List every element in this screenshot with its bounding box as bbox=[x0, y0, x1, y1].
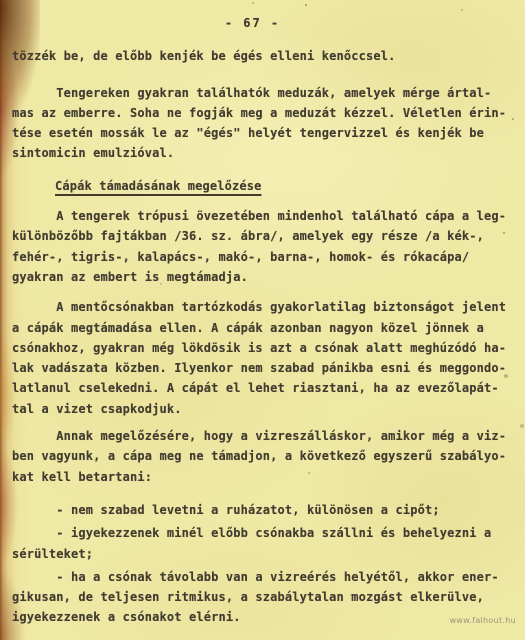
paragraph-shark-species: A tengerek trópusi övezetében mindenhol … bbox=[12, 206, 517, 287]
paragraph-burn-ointment-continuation: tözzék be, de előbb kenjék be égés ellen… bbox=[12, 46, 517, 66]
paragraph-lifeboat-safety: A mentőcsónakban tartózkodás gyakorlatil… bbox=[12, 297, 517, 419]
page-number: - 67 - bbox=[12, 13, 517, 33]
rule-item-swim-rhythmically: - ha a csónak távolabb van a vizreérés h… bbox=[12, 567, 517, 628]
rule-item-keep-clothing: - nem szabad levetni a ruházatot, különö… bbox=[12, 500, 517, 520]
scan-specks bbox=[0, 0, 2, 2]
document-page: - 67 - tözzék be, de előbb kenjék be égé… bbox=[0, 0, 525, 640]
watermark: www.falhout.hu bbox=[450, 616, 516, 625]
rule-item-board-boat: - igyekezzenek minél előbb csónakba szál… bbox=[12, 523, 517, 564]
page-content: - 67 - tözzék be, de előbb kenjék be égé… bbox=[12, 0, 517, 640]
section-heading-shark-attack-prevention: Cápák támadásának megelőzése bbox=[55, 176, 517, 196]
paragraph-water-landing-rules-intro: Annak megelőzésére, hogy a vizreszállásk… bbox=[12, 426, 517, 487]
paragraph-jellyfish-warning: Tengereken gyakran találhatók meduzák, a… bbox=[12, 83, 517, 164]
section-heading-text: Cápák támadásának megelőzése bbox=[55, 179, 262, 193]
